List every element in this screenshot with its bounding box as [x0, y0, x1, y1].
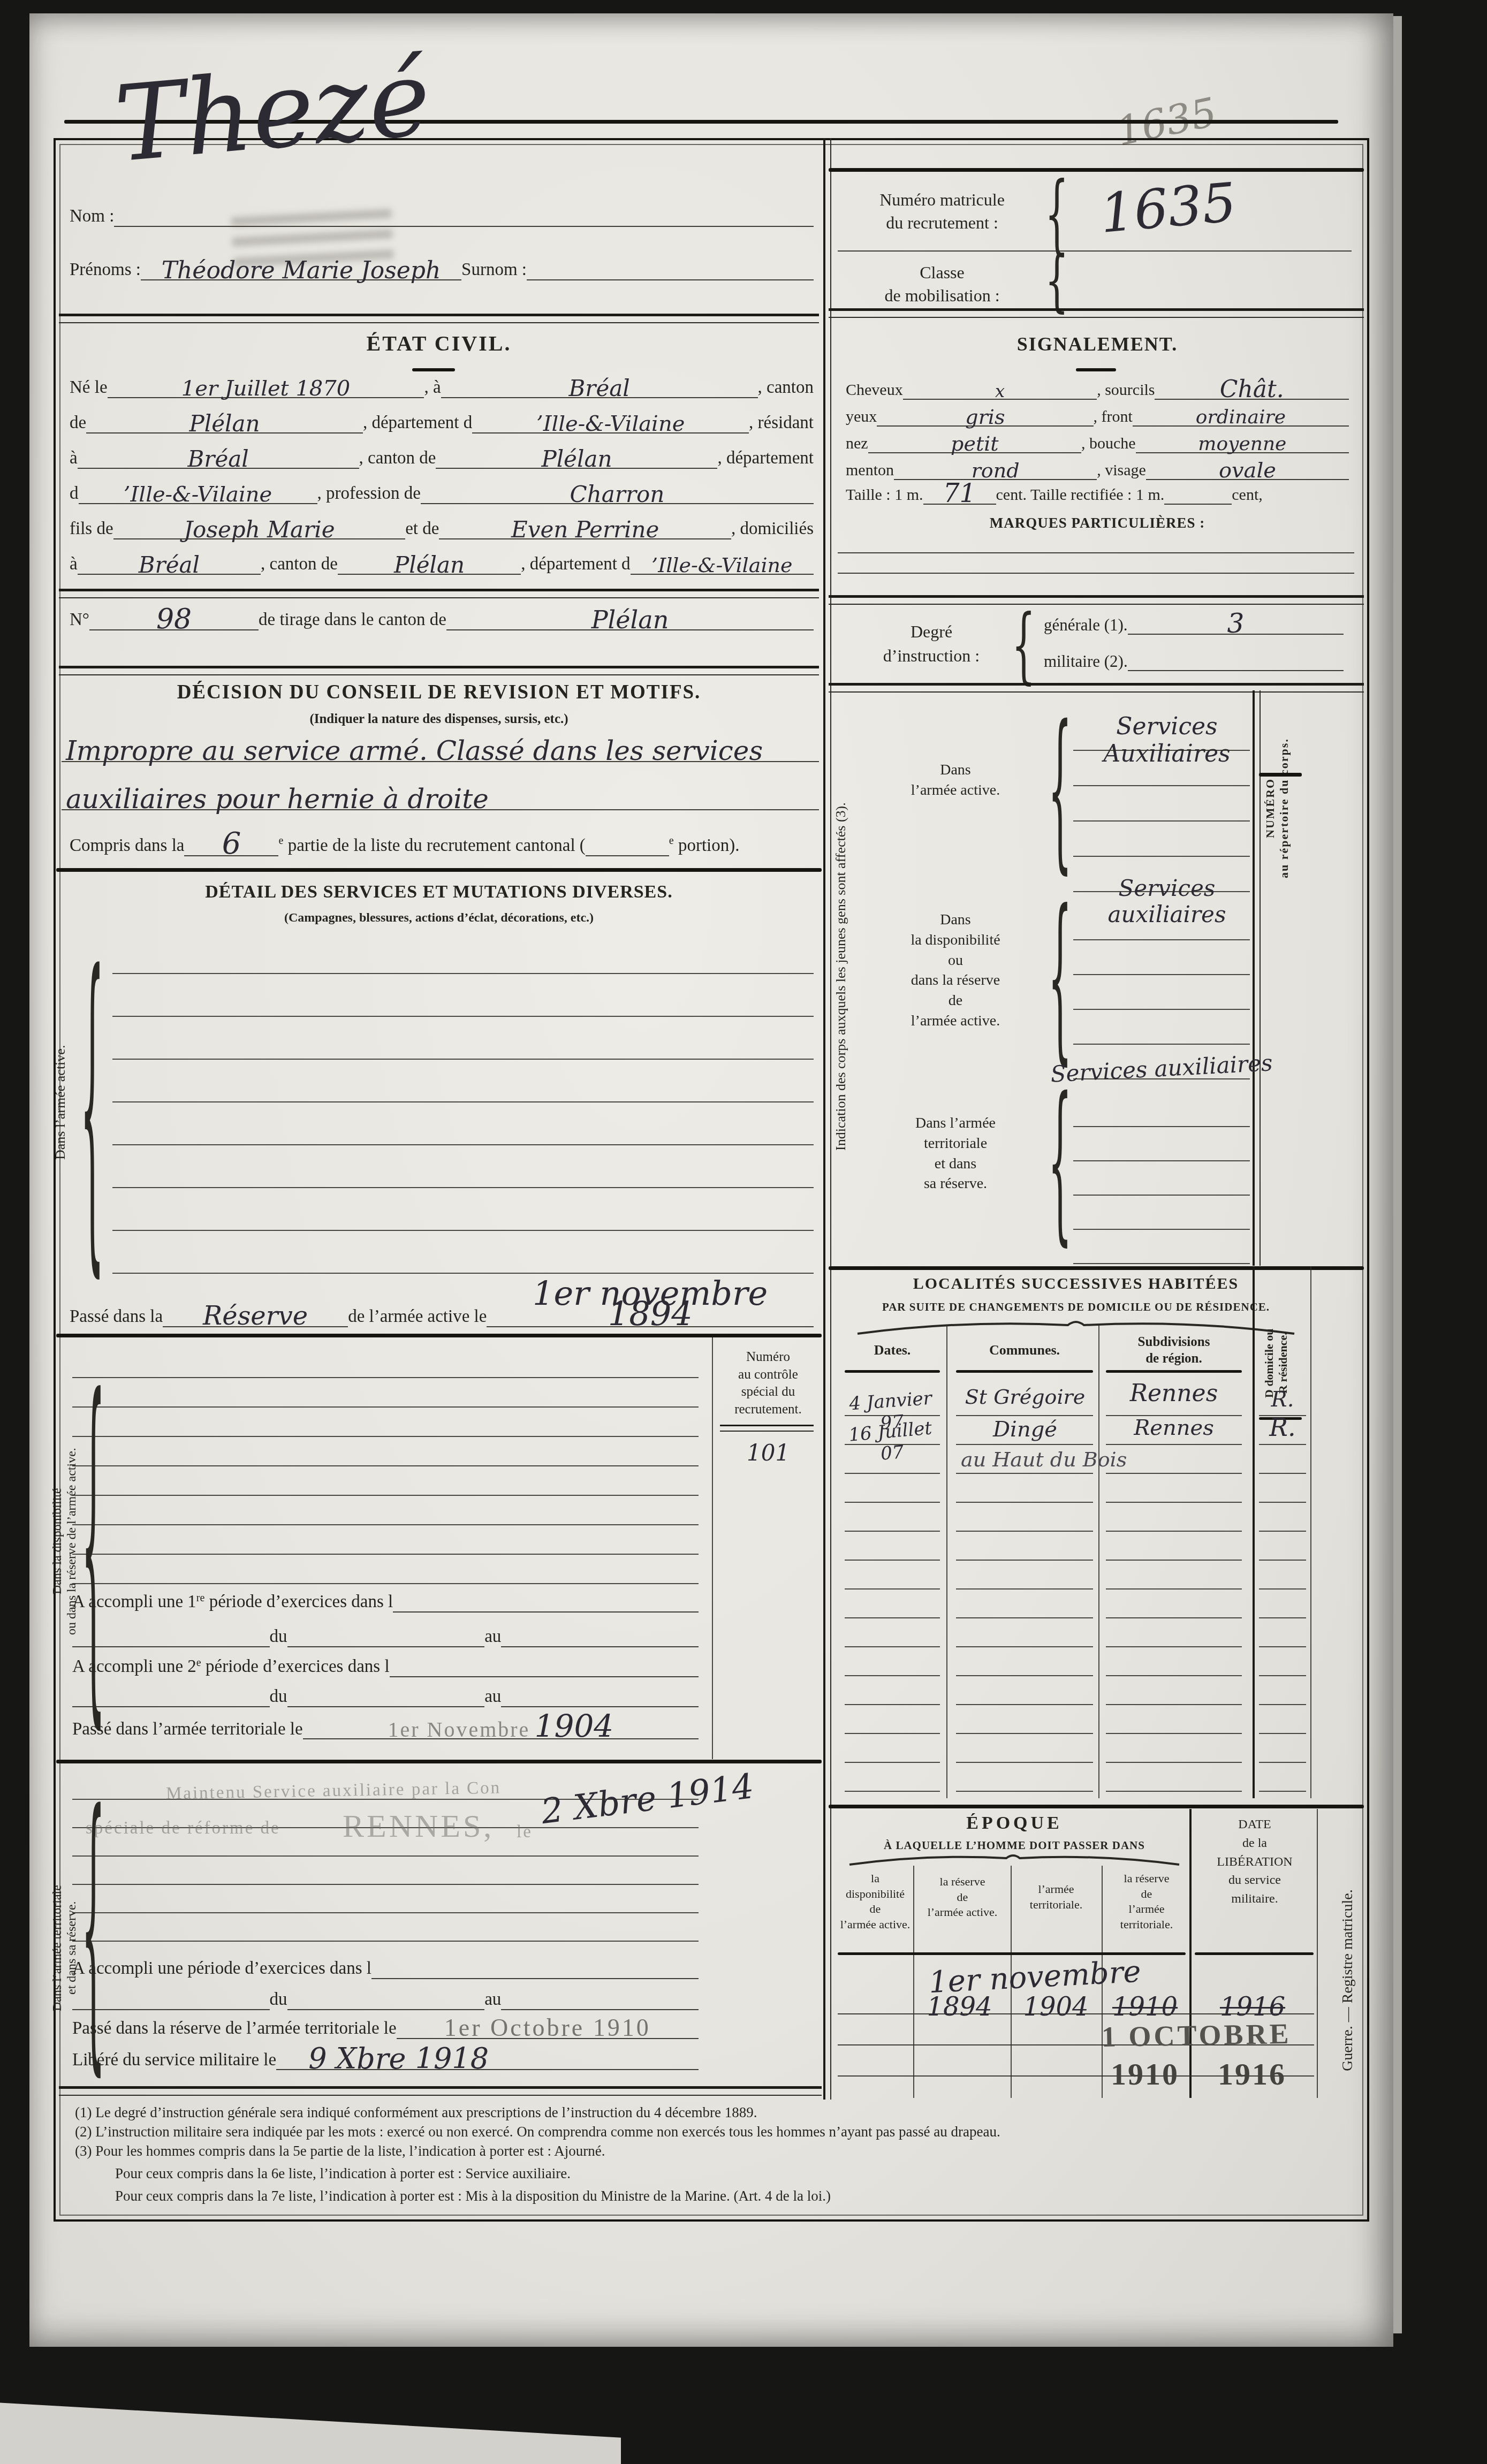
line [838, 573, 1354, 574]
section-rule [829, 1266, 1364, 1270]
label: , département d [521, 554, 630, 575]
decision-text-2: auxiliaires pour hernie à droite [62, 791, 819, 810]
decorative-brace [856, 1318, 1295, 1336]
sourcils-value: Chât. [1155, 382, 1349, 399]
col-divider [1098, 1325, 1099, 1798]
brace: { [1048, 887, 1072, 1067]
corps-side-label: Indication des corps auxquels les jeunes… [833, 696, 849, 1258]
group-label-active: Dans l’armée active. [864, 760, 1046, 801]
header-rule [956, 1370, 1093, 1373]
decision-subtitle: (Indiquer la nature des dispenses, sursi… [64, 712, 814, 727]
bouche-value: moyenne [1136, 438, 1349, 453]
line [501, 2007, 699, 2010]
stamp-1916: 1916 [1218, 2056, 1286, 2092]
taille-rectifiee-label: cent. Taille rectifiée : 1 m. [996, 486, 1165, 505]
lines [1073, 716, 1250, 892]
reserve-date: 1er novembre 1894 [487, 1283, 814, 1327]
portion-line [586, 854, 669, 856]
side-label-armee-active: Dans l’armée active. [52, 953, 69, 1252]
periode2-label: A accompli une 2 [72, 1657, 196, 1677]
decision-title: DÉCISION DU CONSEIL DE REVISION ET MOTIF… [64, 681, 814, 704]
departement-value: ’Ille-&-Vilaine [472, 417, 749, 434]
line [838, 552, 1354, 553]
birth-date: 1er Juillet 1870 [108, 382, 424, 398]
canton-value: Plélan [86, 417, 363, 434]
label: , département [717, 448, 814, 469]
brace: { [1048, 703, 1072, 876]
decision-text-1: Impropre au service armé. Classé dans le… [62, 743, 819, 762]
domicile-value: Bréal [78, 558, 261, 575]
date-handwritten: 1904 [535, 1708, 614, 1744]
tirage-canton: Plélan [446, 612, 814, 630]
line [501, 1705, 699, 1707]
group-label-territoriale: Dans l’armée territoriale et dans sa rés… [864, 1113, 1046, 1194]
sourcils-label: , sourcils [1097, 381, 1155, 400]
margin-note: Guerre. — Registre matricule. [1339, 1755, 1356, 2205]
taille-rectifiee-line [1164, 502, 1232, 505]
passe-territoriale-label: Passé dans l’armée territoriale le [72, 1720, 303, 1740]
blank-service-lines [112, 931, 814, 1274]
surname-signature: Thezé [111, 45, 435, 177]
next-page-sliver [0, 2370, 621, 2464]
liste-number: 6 [184, 835, 278, 856]
header-rule [845, 1370, 940, 1373]
epoque-col4: la réserve de l’armée territoriale. [1104, 1871, 1189, 1932]
row-commune: St Grégoire [958, 1385, 1092, 1409]
col-divider [1310, 1266, 1311, 1798]
nez-label: nez [846, 435, 868, 453]
sup: re [196, 1592, 205, 1604]
line [72, 1645, 270, 1647]
services-title: DÉTAIL DES SERVICES ET MUTATIONS DIVERSE… [64, 882, 814, 902]
menton-value: rond [894, 465, 1097, 480]
label: Né le [70, 378, 108, 398]
group-label-disponibilite: Dans la disponibilité ou dans la réserve… [864, 910, 1046, 1031]
au-label: au [484, 1687, 501, 1707]
label: à [70, 448, 78, 469]
maintenu-stamp-city: RENNES, [343, 1808, 494, 1845]
brace: { [1045, 247, 1069, 315]
libere-label: Libéré du service militaire le [72, 2050, 276, 2071]
label: , département d [363, 413, 472, 434]
date-stamp: 1er Novembre [388, 1717, 530, 1741]
periode1-label: période d’exercices dans l [204, 1592, 393, 1613]
menton-label: menton [846, 461, 894, 480]
compris-label: partie de la liste du recrutement canton… [283, 836, 585, 856]
blank-lines [72, 1349, 699, 1584]
au-label: au [484, 1990, 501, 2010]
territoriale-date: 1er Novembre 1904 [303, 1717, 699, 1739]
visage-label: , visage [1097, 461, 1146, 480]
maintenu-stamp-le: le [517, 1822, 533, 1842]
classe-label: Classe de mobilisation : [848, 261, 1036, 307]
rule [59, 2086, 822, 2096]
profession-value: Charron [421, 488, 814, 504]
residence-value: Bréal [78, 452, 359, 469]
departement-value: ’Ille-&-Vilaine [79, 488, 317, 504]
strip-tick [1259, 773, 1302, 777]
row-commune: Dingé [958, 1417, 1092, 1442]
cheveux-label: Cheveux [846, 381, 903, 400]
label: , canton de [359, 448, 436, 469]
rule [838, 250, 1352, 252]
title-dash [412, 368, 455, 371]
liberation-col: DATE de la LIBÉRATION du service militai… [1194, 1815, 1316, 1908]
label: à [70, 554, 78, 575]
nom-line [114, 224, 814, 227]
line [393, 1610, 699, 1613]
label: , canton de [261, 554, 338, 575]
sup: e [278, 835, 283, 847]
line [501, 1645, 699, 1647]
col-divider [946, 1325, 947, 1798]
row-dr: R. [1259, 1413, 1306, 1442]
rule [59, 666, 819, 675]
localites-subtitle: PAR SUITE DE CHANGEMENTS DE DOMICILE OU … [835, 1301, 1317, 1314]
periode1-label: A accompli une 1 [72, 1592, 196, 1613]
header-rule [1106, 1370, 1242, 1373]
passe-reserve-label: de l’armée active le [348, 1307, 487, 1327]
scanned-register-photo: 1635 Nom : Thezé Prénoms : Théodore Mari… [0, 0, 1487, 2464]
row-dr: R. [1259, 1387, 1306, 1412]
taille-value: 71 [923, 486, 996, 505]
epoque-year-1894: 1894 [910, 1992, 1009, 2022]
controle-number: 101 [747, 1440, 790, 1466]
col-dates: Dates. [845, 1342, 940, 1358]
surnom-line [527, 278, 814, 280]
col-communes: Communes. [956, 1342, 1093, 1358]
matricule-box-top [829, 168, 1364, 172]
visage-value: ovale [1146, 464, 1349, 480]
degre-label: Degré d’instruction : [856, 620, 1006, 668]
footnote-1: (1) Le degré d’instruction générale sera… [75, 2104, 1327, 2121]
rule [720, 1425, 814, 1432]
du-label: du [270, 1687, 287, 1707]
generale-label: générale (1). [1044, 615, 1128, 635]
row-subdivision: Rennes [1106, 1380, 1242, 1407]
services-subtitle: (Campagnes, blessures, actions d’éclat, … [64, 911, 814, 925]
reserve-value: Réserve [163, 1309, 348, 1327]
label: , profession de [317, 484, 421, 504]
line [287, 2007, 485, 2010]
epoque-title: ÉPOQUE [838, 1813, 1191, 1834]
line [287, 1645, 485, 1647]
controle-header: Numéro au contrôle spécial du recrutemen… [717, 1349, 819, 1418]
rule [829, 595, 1364, 605]
compris-label: Compris dans la [70, 836, 184, 856]
brace: { [80, 933, 104, 1277]
tirage-no-label: N° [70, 610, 89, 630]
page-edge [1393, 16, 1402, 2333]
localites-title: LOCALITÉS SUCCESSIVES HABITÉES [835, 1275, 1317, 1293]
birth-place: Bréal [441, 382, 758, 398]
rule [59, 589, 819, 598]
footnote-5: Pour ceux compris dans la 7e liste, l’in… [115, 2188, 1325, 2204]
sup: e [669, 835, 674, 847]
du-label: du [270, 1990, 287, 2010]
section-rule [56, 1760, 822, 1763]
title-dash [1076, 368, 1116, 371]
section-rule [829, 1805, 1364, 1808]
nez-value: petit [868, 438, 1081, 453]
brace: { [1048, 1075, 1072, 1248]
lines [1073, 1093, 1250, 1264]
label: et de [405, 519, 439, 539]
label: , résidant [749, 413, 814, 434]
line [390, 1675, 699, 1677]
prenoms-label: Prénoms : [70, 260, 141, 280]
label: , à [424, 378, 441, 398]
cent-label: cent, [1232, 486, 1262, 505]
militaire-line [1128, 668, 1344, 671]
epoque-col3: l’armée territoriale. [1013, 1882, 1099, 1912]
controle-divider [712, 1337, 713, 1759]
rule [59, 314, 819, 323]
du-label: du [270, 1627, 287, 1647]
compris-label: portion). [674, 836, 740, 856]
epoque-year-1904: 1904 [1012, 1992, 1100, 2022]
brace: { [1012, 604, 1036, 686]
epoque-year-1910-struck: 1910 [1102, 1992, 1188, 2022]
epoque-col2: la réserve de l’armée active. [915, 1874, 1010, 1920]
label: , domiciliés [731, 519, 814, 539]
marques-title: MARQUES PARTICULIÈRES : [835, 515, 1360, 531]
row-commune-cont: au Haut du Bois [961, 1448, 1261, 1471]
generale-value: 3 [1128, 615, 1344, 635]
col-subdivisions: Subdivisions de région. [1106, 1334, 1242, 1367]
numero-strip-left [1253, 690, 1261, 1266]
etat-civil-title: ÉTAT CIVIL. [64, 331, 814, 356]
bouche-label: , bouche [1081, 435, 1136, 453]
au-label: au [484, 1627, 501, 1647]
signalement-title: SIGNALEMENT. [835, 333, 1360, 355]
tirage-number: 98 [89, 611, 259, 630]
section-rule [56, 1334, 822, 1337]
matricule-number: 1635 [1097, 171, 1239, 245]
canton-value: Plélan [436, 452, 717, 469]
epoque-divider [913, 1866, 914, 2098]
tirage-label: de tirage dans le canton de [259, 610, 446, 630]
footnote-4: Pour ceux compris dans la 6e liste, l’in… [115, 2165, 1325, 2182]
line [72, 2007, 270, 2010]
departement-value: ’Ille-&-Vilaine [631, 559, 814, 575]
yeux-value: gris [877, 411, 1093, 427]
epoque-right-edge [1317, 1809, 1318, 2098]
rule [829, 308, 1364, 318]
passe-reserve-territoriale-label: Passé dans la réserve de l’armée territo… [72, 2019, 397, 2039]
maintenu-stamp-line2: spéciale de réforme de [86, 1819, 280, 1838]
rule [829, 683, 1364, 693]
date-stamp: 1er Octobre 1910 [444, 2014, 651, 2041]
front-label: , front [1094, 408, 1133, 427]
row-subdivision: Rennes [1106, 1416, 1242, 1440]
father-name: Joseph Marie [113, 523, 406, 539]
label: de [70, 413, 86, 434]
label: fils de [70, 519, 113, 539]
cheveux-value: x [903, 386, 1097, 400]
dr-lines [1259, 1387, 1306, 1792]
periode2-label: période d’exercices dans l [201, 1657, 390, 1677]
header-rule [1195, 1952, 1314, 1955]
line [72, 1705, 270, 1707]
militaire-label: militaire (2). [1044, 652, 1128, 671]
libere-date: 9 Xbre 1918 [276, 2050, 699, 2070]
epoque-subtitle: À LAQUELLE L’HOMME DOIT PASSER DANS [838, 1839, 1191, 1852]
yeux-label: yeux [846, 408, 877, 427]
decorative-brace [848, 1853, 1180, 1867]
canton-value: Plélan [338, 558, 521, 575]
epoque-col1: la disponibilité de l’armée active. [838, 1871, 912, 1932]
footnote-2: (2) L’instruction militaire sera indiqué… [75, 2124, 1327, 2140]
line [371, 1976, 699, 1979]
reserve-territoriale-date: 1er Octobre 1910 [397, 2020, 699, 2039]
stamp-1-octobre: 1 OCTOBRE [1101, 2017, 1292, 2054]
surnom-label: Surnom : [461, 260, 527, 280]
front-value: ordinaire [1133, 412, 1349, 426]
periode-label: A accompli une période d’exercices dans … [72, 1959, 371, 1979]
footnote-3: (3) Pour les hommes compris dans la 5e p… [75, 2143, 1327, 2159]
label: d [70, 484, 79, 504]
stamp-1910: 1910 [1111, 2056, 1179, 2092]
section-rule [56, 868, 822, 872]
line [287, 1705, 485, 1707]
nom-label: Nom : [70, 207, 114, 227]
taille-label: Taille : 1 m. [846, 486, 923, 505]
prenoms-value: Théodore Marie Joseph [141, 263, 461, 280]
sup: e [196, 1657, 201, 1669]
mother-name: Even Perrine [439, 523, 731, 539]
label: , canton [758, 378, 814, 398]
matricule-label: Numéro matricule du recrutement : [848, 188, 1036, 234]
